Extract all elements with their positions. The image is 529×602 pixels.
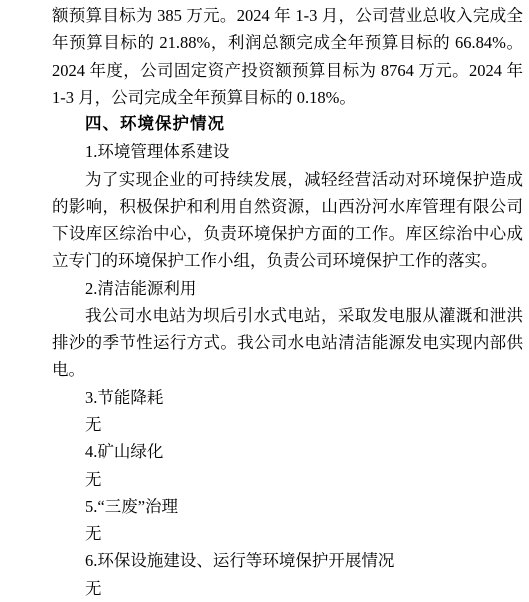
paragraph-line: 的影响，积极保护和利用自然资源，山西汾河水库管理有限公司: [52, 193, 523, 220]
subsection-heading: 1.环境管理体系建设: [52, 138, 523, 165]
paragraph-line: 1-3 月，公司完成全年预算目标的 0.18%。: [52, 84, 523, 111]
paragraph-line: 我公司水电站为坝后引水式电站，采取发电服从灌溉和泄洪: [52, 302, 523, 329]
subsection-heading: 5.“三废”治理: [52, 493, 523, 520]
paragraph-line: 额预算目标为 385 万元。2024 年 1-3 月，公司营业总收入完成全: [52, 2, 523, 29]
paragraph-line: 为了实现企业的可持续发展，减轻经营活动对环境保护造成: [52, 166, 523, 193]
none-value: 无: [52, 411, 523, 438]
paragraph-line: 下设库区综治中心，负责环境保护方面的工作。库区综治中心成: [52, 220, 523, 247]
subsection-heading: 4.矿山绿化: [52, 438, 523, 465]
section-heading: 四、环境保护情况: [52, 111, 523, 138]
paragraph-line: 排沙的季节性运行方式。我公司水电站清洁能源发电实现内部供: [52, 329, 523, 356]
none-value: 无: [52, 575, 523, 602]
subsection-heading: 3.节能降耗: [52, 384, 523, 411]
document-page: 额预算目标为 385 万元。2024 年 1-3 月，公司营业总收入完成全年预算…: [0, 0, 529, 602]
subsection-heading: 6.环保设施建设、运行等环境保护开展情况: [52, 547, 523, 574]
subsection-heading: 2.清洁能源利用: [52, 275, 523, 302]
paragraph-line: 年预算目标的 21.88%，利润总额完成全年预算目标的 66.84%。: [52, 29, 523, 56]
paragraph-line: 电。: [52, 356, 523, 383]
none-value: 无: [52, 466, 523, 493]
none-value: 无: [52, 520, 523, 547]
document-text-block: 额预算目标为 385 万元。2024 年 1-3 月，公司营业总收入完成全年预算…: [0, 0, 529, 602]
paragraph-line: 立专门的环境保护工作小组，负责公司环境保护工作的落实。: [52, 247, 523, 274]
paragraph-line: 2024 年度，公司固定资产投资额预算目标为 8764 万元。2024 年: [52, 57, 523, 84]
